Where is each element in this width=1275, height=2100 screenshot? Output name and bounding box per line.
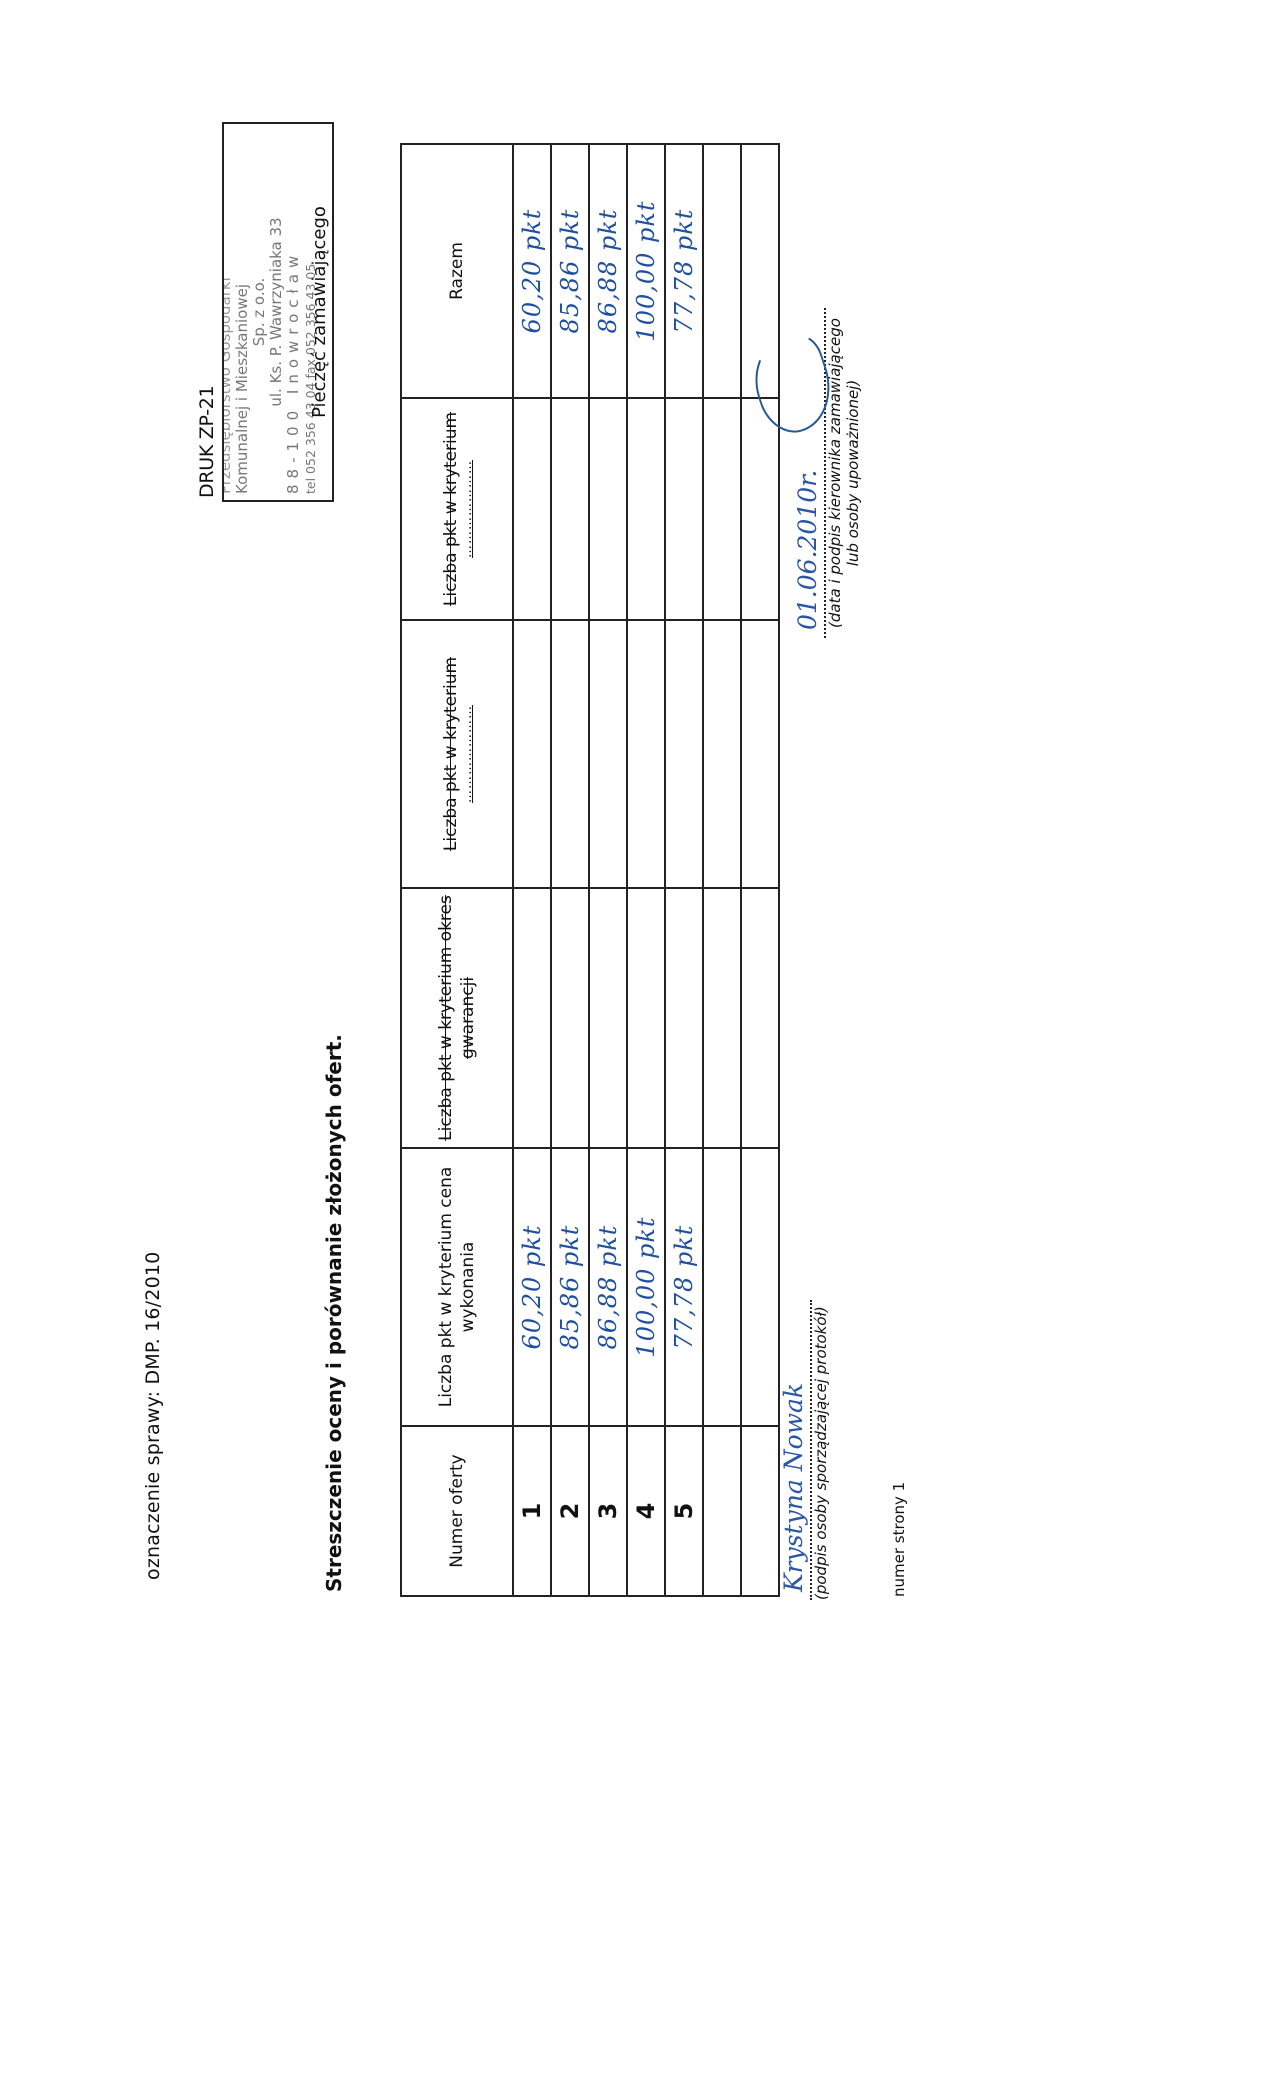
- cell-offer-number: 5: [665, 1426, 703, 1596]
- cell-criterion-b: [665, 398, 703, 620]
- manager-signature-block: 01.06.2010r. (data i podpis kierownika z…: [784, 308, 862, 638]
- cell-offer-number: 1: [513, 1426, 551, 1596]
- handwritten-signature: Krystyna Nowak: [779, 1383, 808, 1592]
- page-number: numer strony 1: [890, 1482, 908, 1597]
- cell-total: 86,88 pkt: [589, 144, 627, 398]
- cell-offer-number: 2: [551, 1426, 589, 1596]
- stamp-line: Sp. z o.o.: [251, 130, 268, 494]
- cell-price-points: 100,00 pkt: [627, 1148, 665, 1426]
- cell-criterion-b: [513, 398, 551, 620]
- cell-price-points: 85,86 pkt: [551, 1148, 589, 1426]
- cell-total: 77,78 pkt: [665, 144, 703, 398]
- cell-price-points: [703, 1148, 741, 1426]
- handwritten-date: 01.06.2010r.: [793, 470, 822, 630]
- contracting-authority-stamp: Przedsiębiorstwo Gospodarki Komunalnej i…: [222, 122, 334, 502]
- cell-total: 60,20 pkt: [513, 144, 551, 398]
- preparer-signature-block: Krystyna Nowak (podpis osoby sporządzają…: [770, 1300, 830, 1600]
- cell-criterion-b: [551, 398, 589, 620]
- signature-caption: (data i podpis kierownika zamawiającego: [826, 308, 844, 638]
- cell-total: 100,00 pkt: [627, 144, 665, 398]
- cell-warranty-points: [513, 888, 551, 1148]
- cell-criterion-a: [513, 620, 551, 888]
- header-total: Razem: [401, 144, 513, 398]
- signature-caption: lub osoby upoważnionej): [844, 308, 862, 638]
- cell-criterion-a: [741, 620, 779, 888]
- table-row: [703, 144, 741, 1596]
- cell-criterion-a: [589, 620, 627, 888]
- cell-warranty-points: [551, 888, 589, 1148]
- table-row: 386,88 pkt86,88 pkt: [589, 144, 627, 1596]
- cell-criterion-a: [551, 620, 589, 888]
- header-offer-number: Numer oferty: [401, 1426, 513, 1596]
- table-row: 577,78 pkt77,78 pkt: [665, 144, 703, 1596]
- cell-warranty-points: [741, 888, 779, 1148]
- header-criterion-a: Liczba pkt w kryterium…………………: [401, 620, 513, 888]
- cell-total: [703, 144, 741, 398]
- table-row: 160,20 pkt60,20 pkt: [513, 144, 551, 1596]
- cell-price-points: 60,20 pkt: [513, 1148, 551, 1426]
- stamp-line: 88-100 Inowrocław: [285, 130, 302, 494]
- cell-total: 85,86 pkt: [551, 144, 589, 398]
- cell-offer-number: [703, 1426, 741, 1596]
- header-price-criterion: Liczba pkt w kryterium cena wykonania: [401, 1148, 513, 1426]
- signature-line: Krystyna Nowak: [770, 1300, 812, 1600]
- cell-price-points: 77,78 pkt: [665, 1148, 703, 1426]
- stamp-line: ul. Ks. P. Wawrzyniaka 33: [268, 130, 285, 494]
- cell-warranty-points: [589, 888, 627, 1148]
- cell-criterion-b: [589, 398, 627, 620]
- form-code: DRUK ZP-21: [196, 386, 218, 498]
- cell-offer-number: 3: [589, 1426, 627, 1596]
- cell-criterion-a: [703, 620, 741, 888]
- offer-evaluation-table: Numer oferty Liczba pkt w kryterium cena…: [400, 143, 780, 1597]
- cell-offer-number: 4: [627, 1426, 665, 1596]
- table-row: 4100,00 pkt100,00 pkt: [627, 144, 665, 1596]
- cell-warranty-points: [627, 888, 665, 1148]
- cell-criterion-a: [665, 620, 703, 888]
- stamp-caption: Pieczęć zamawiającego: [309, 124, 330, 500]
- cell-warranty-points: [703, 888, 741, 1148]
- case-reference: oznaczenie sprawy: DMP. 16/2010: [142, 1252, 164, 1580]
- cell-criterion-a: [627, 620, 665, 888]
- rotated-document-page: oznaczenie sprawy: DMP. 16/2010 DRUK ZP-…: [0, 0, 1275, 2100]
- header-warranty-criterion: Liczba pkt w kryterium okres gwarancji: [401, 888, 513, 1148]
- cell-criterion-b: [703, 398, 741, 620]
- cell-criterion-b: [627, 398, 665, 620]
- stamp-line: Komunalnej i Mieszkaniowej: [234, 130, 251, 494]
- table-header-row: Numer oferty Liczba pkt w kryterium cena…: [401, 144, 513, 1596]
- table-row: 285,86 pkt85,86 pkt: [551, 144, 589, 1596]
- signature-caption: (podpis osoby sporządzającej protokół): [812, 1300, 830, 1600]
- cell-criterion-b: [741, 398, 779, 620]
- document-title: Streszczenie oceny i porównanie złożonyc…: [322, 1034, 346, 1592]
- cell-price-points: 86,88 pkt: [589, 1148, 627, 1426]
- header-criterion-b: Liczba pkt w kryterium…………………: [401, 398, 513, 620]
- cell-warranty-points: [665, 888, 703, 1148]
- signature-line: 01.06.2010r.: [784, 308, 826, 638]
